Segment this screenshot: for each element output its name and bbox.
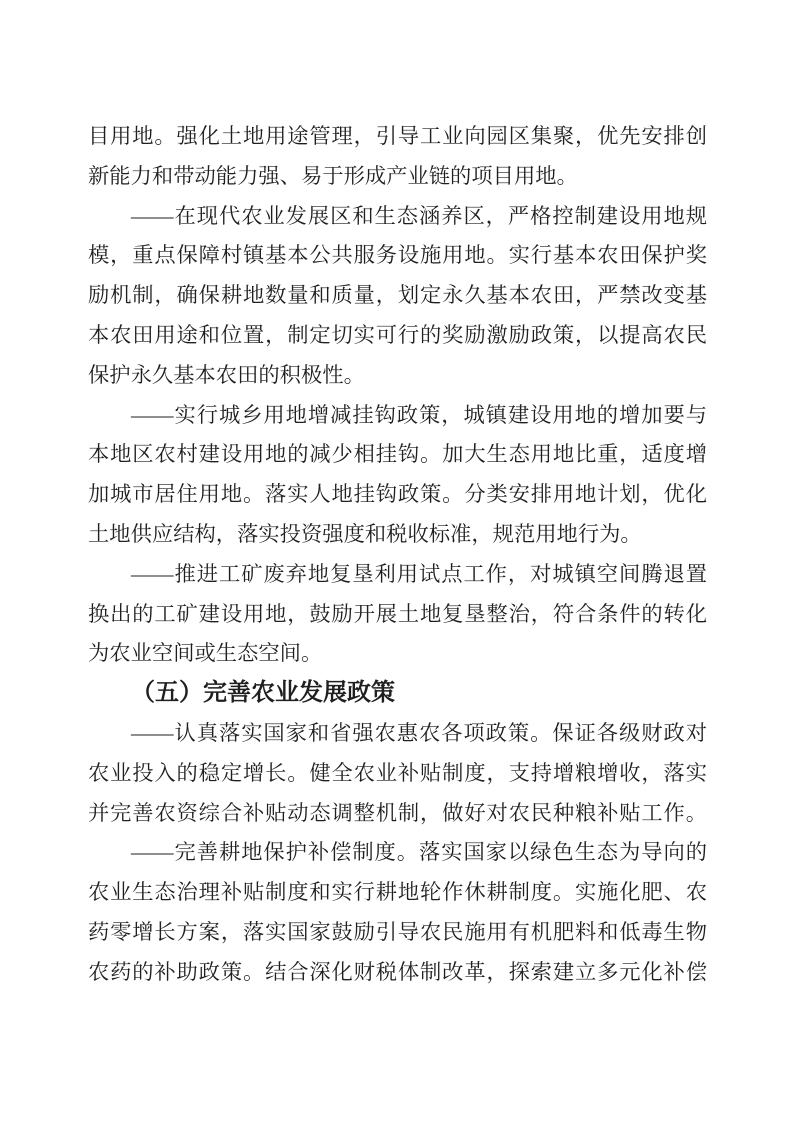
text-line: 药零增长方案，落实国家鼓励引导农民施用有机肥料和低毒生物	[88, 913, 707, 953]
text-line: ——推进工矿废弃地复垦利用试点工作，对城镇空间腾退置	[88, 555, 707, 595]
text-line: 目用地。强化土地用途管理，引导工业向园区集聚，优先安排创	[88, 117, 707, 157]
text-line: 模，重点保障村镇基本公共服务设施用地。实行基本农田保护奖	[88, 236, 707, 276]
section-heading: （五）完善农业发展政策	[88, 674, 707, 714]
text-line: 加城市居住用地。落实人地挂钩政策。分类安排用地计划，优化	[88, 475, 707, 515]
text-line: 本地区农村建设用地的减少相挂钩。加大生态用地比重，适度增	[88, 435, 707, 475]
text-line: 保护永久基本农田的积极性。	[88, 356, 707, 396]
text-line: ——实行城乡用地增减挂钩政策，城镇建设用地的增加要与	[88, 396, 707, 436]
text-line: ——在现代农业发展区和生态涵养区，严格控制建设用地规	[88, 197, 707, 237]
text-line: 换出的工矿建设用地，鼓励开展土地复垦整治，符合条件的转化	[88, 595, 707, 635]
text-line: 土地供应结构，落实投资强度和税收标准，规范用地行为。	[88, 515, 707, 555]
text-line: 农业投入的稳定增长。健全农业补贴制度，支持增粮增收，落实	[88, 754, 707, 794]
document-body: 目用地。强化土地用途管理，引导工业向园区集聚，优先安排创 新能力和带动能力强、易…	[88, 117, 707, 993]
text-line: 农业生态治理补贴制度和实行耕地轮作休耕制度。实施化肥、农	[88, 873, 707, 913]
text-line: 本农田用途和位置，制定切实可行的奖励激励政策，以提高农民	[88, 316, 707, 356]
text-line: 励机制，确保耕地数量和质量，划定永久基本农田，严禁改变基	[88, 276, 707, 316]
text-line: 农药的补助政策。结合深化财税体制改革，探索建立多元化补偿	[88, 953, 707, 993]
text-line: 并完善农资综合补贴动态调整机制，做好对农民种粮补贴工作。	[88, 794, 707, 834]
document-page: 目用地。强化土地用途管理，引导工业向园区集聚，优先安排创 新能力和带动能力强、易…	[0, 0, 793, 1122]
text-line: ——完善耕地保护补偿制度。落实国家以绿色生态为导向的	[88, 833, 707, 873]
text-line: ——认真落实国家和省强农惠农各项政策。保证各级财政对	[88, 714, 707, 754]
text-line: 新能力和带动能力强、易于形成产业链的项目用地。	[88, 157, 707, 197]
text-line: 为农业空间或生态空间。	[88, 634, 707, 674]
